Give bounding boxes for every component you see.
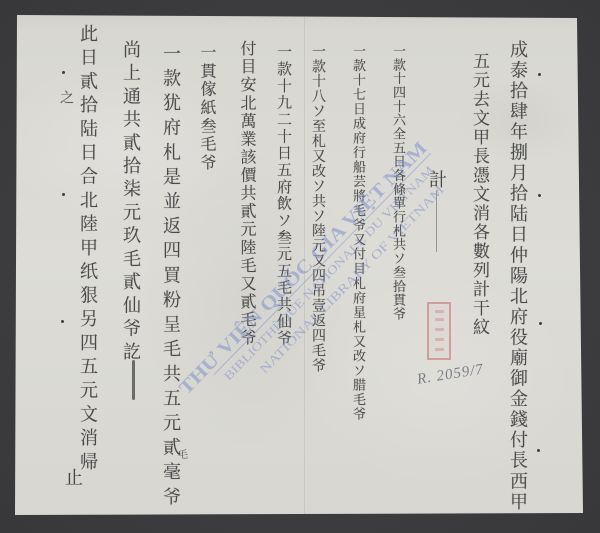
pin-hole [539,322,542,325]
text-column-10-item: 一款犹府札是並返四買粉呈毛共五元貳毫爷 [161,44,179,505]
marginal-mark-top: 之 [59,90,73,120]
text-column-3-ji: 計 [427,170,445,190]
interlinear-note: 毛 [178,446,188,461]
text-column-7-item: 一款十九二十日五府飲ソ叁元五毛共仙爷 [276,44,291,345]
stamp-mark [435,318,444,321]
pin-hole [538,194,541,197]
text-column-2-heading: 五元去文甲長憑文消各數列計干紋 [470,52,487,335]
stamp-mark [435,338,444,341]
stamp-mark [435,348,444,351]
marginal-mark-bottom: 止 [63,468,81,508]
stamp-mark [435,310,444,313]
pin-hole [62,71,65,74]
text-column-12-closing: 此日貳拾陆日合北陸甲纸狠另四五元文消帰 [78,24,96,470]
ji-tail-stroke [436,190,437,252]
stamp-mark [435,328,444,331]
text-column-5-item: 一款十七日成府行船芸將毛爷又付目札府星札又改ソ腊毛爷 [351,44,364,420]
pin-hole [537,449,540,452]
pin-hole [62,193,65,196]
pin-hole [538,73,541,76]
total-tail-stroke [132,360,135,400]
text-column-6-item: 一款十八ソ至札又改ソ共ソ陸元又四吊壹返四毛爷 [311,44,325,372]
text-column-11-total: 尚上通共貳拾柒元玖毛貳仙爷訖 [121,40,139,360]
text-column-8-item: 付目安北萬業該價共貳元陸毛又貳毛爷 [239,40,255,345]
pin-hole [61,320,64,323]
paper-fold-crease [304,17,305,514]
text-column-4-item: 一款十四十六全五日各條單行札共ソ叁拾貫爷 [391,44,404,320]
text-column-1-date-line: 成泰拾肆年捌月拾陆日仲陽北府役廟御金錢付長西甲 [508,40,526,510]
text-column-9-item: 一貫傢紙叁毛爷 [199,44,215,170]
library-stamp [427,302,451,360]
